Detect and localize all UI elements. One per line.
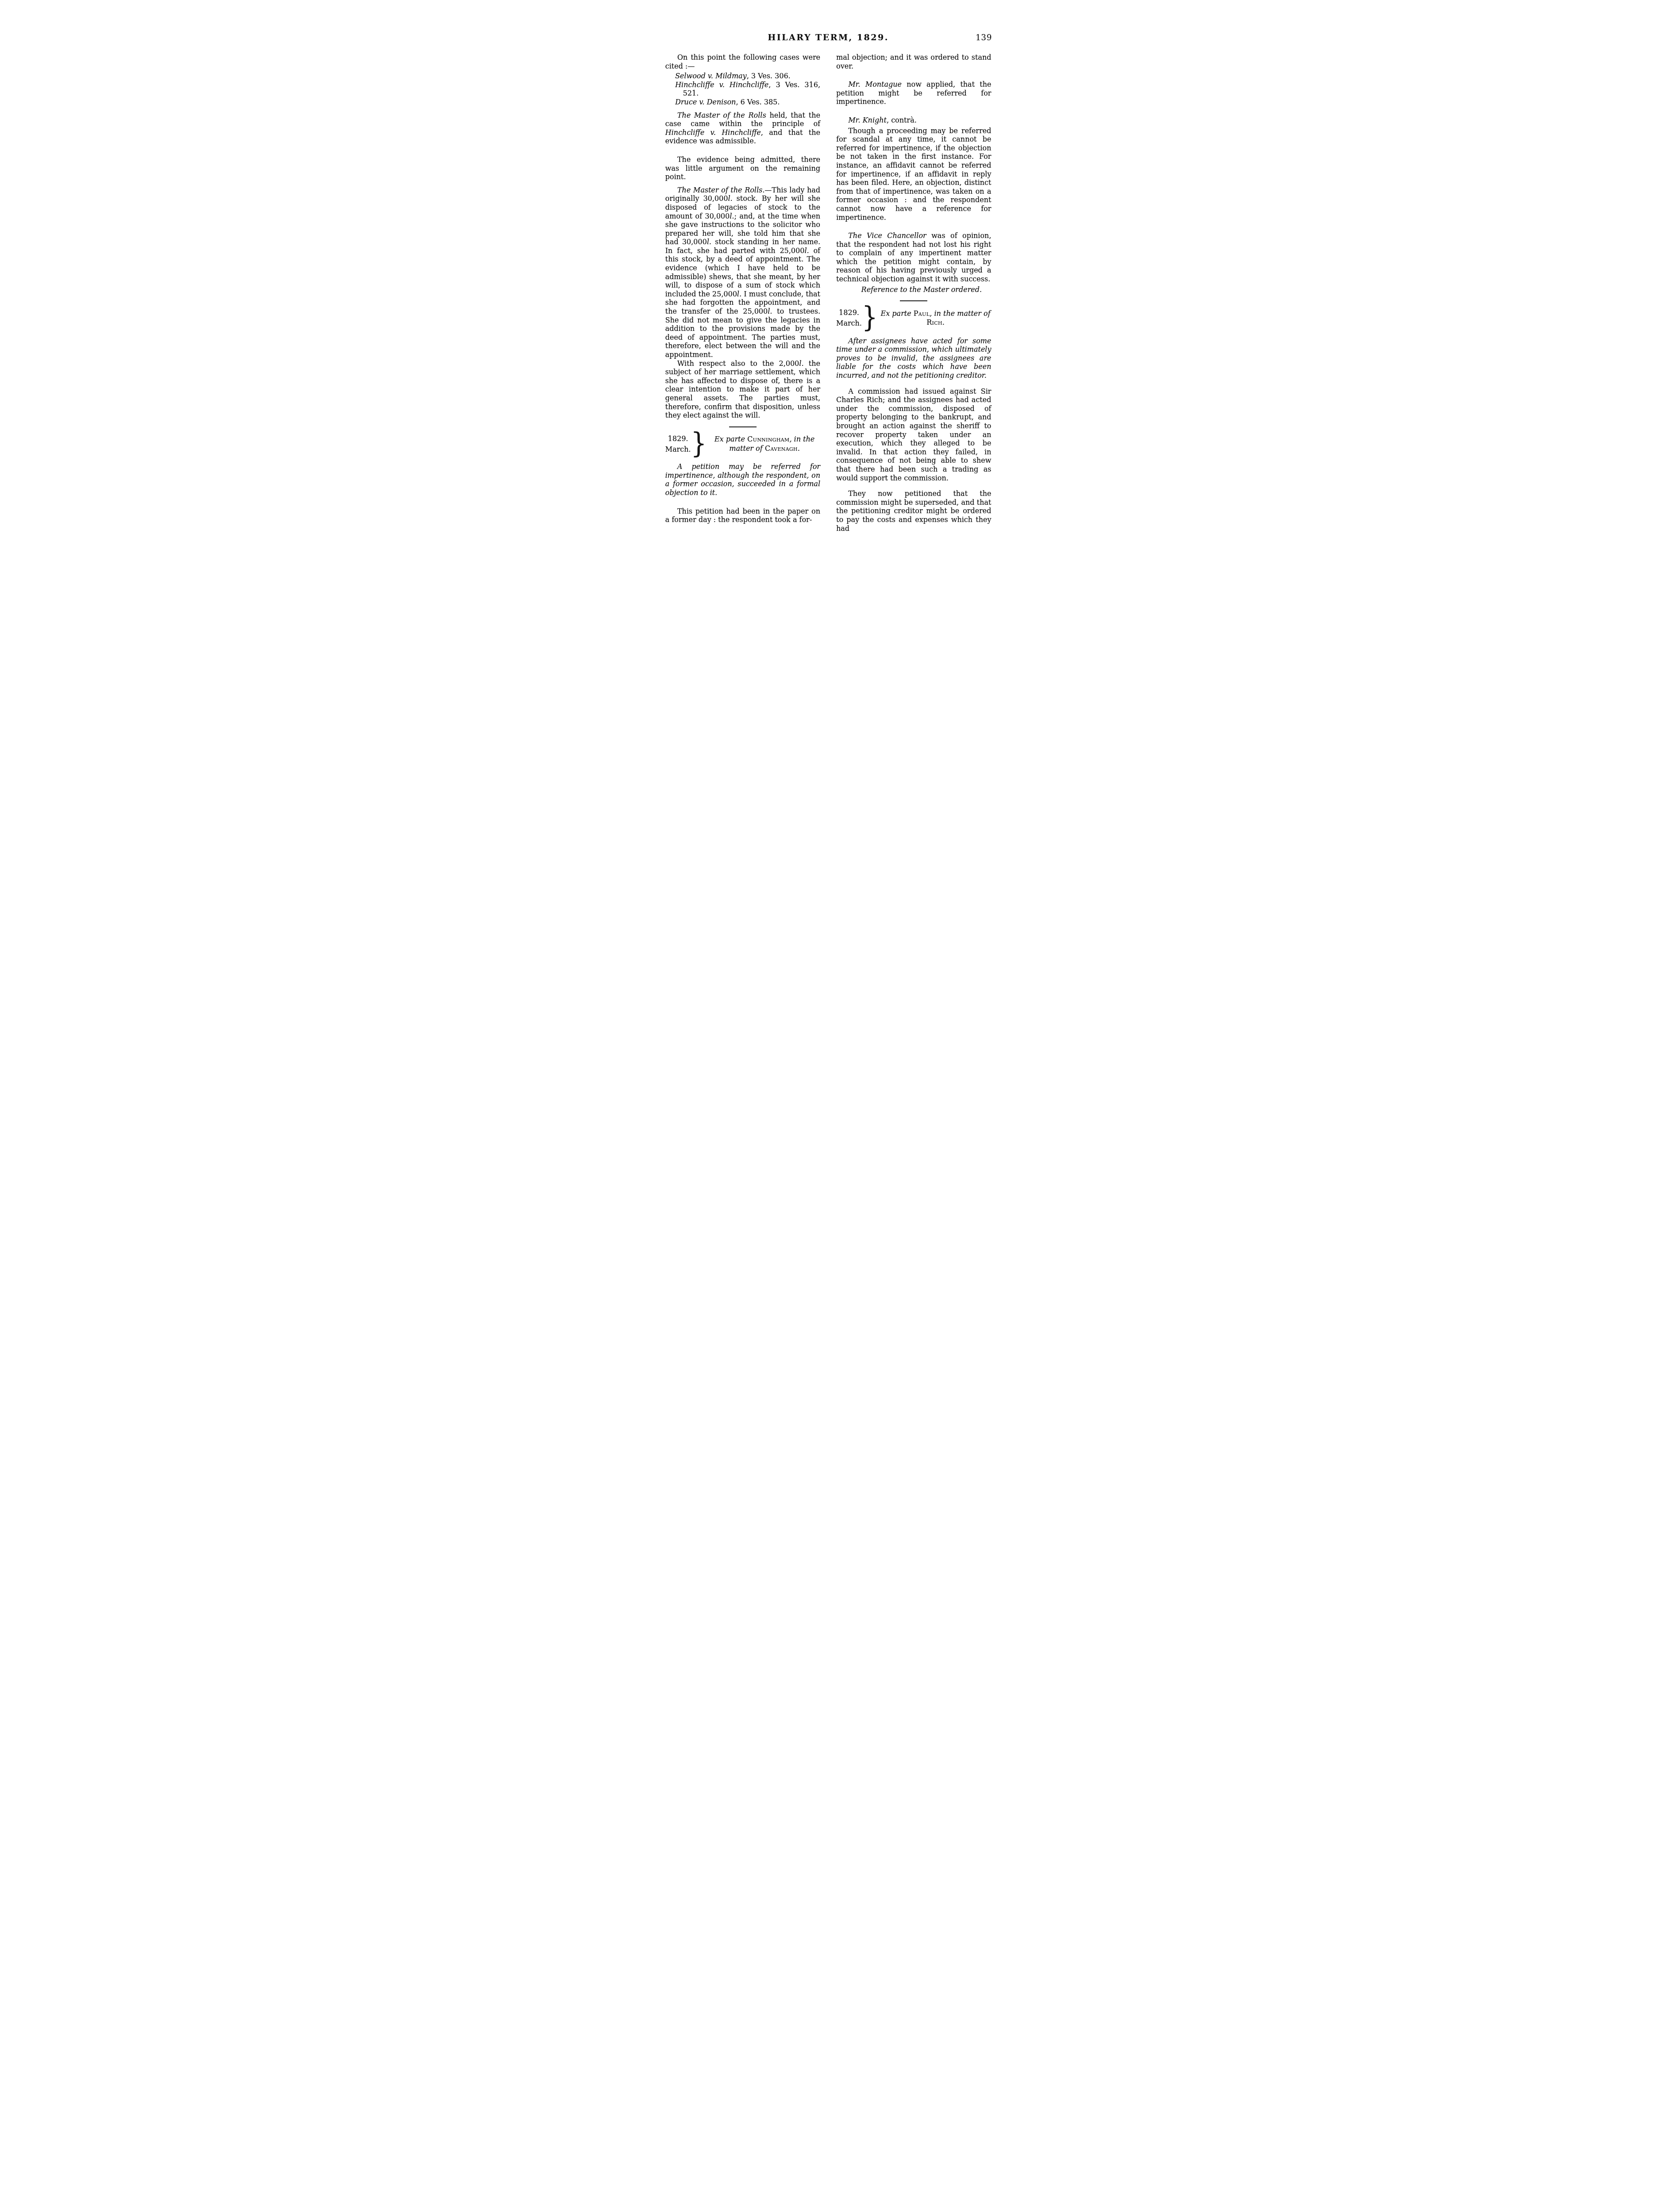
case-year: 1829. <box>665 434 691 444</box>
brace-glyph: } <box>862 306 878 330</box>
pound-abbr: l. <box>768 307 772 315</box>
left-column: On this point the following cases were c… <box>665 53 821 533</box>
speaker-name: The Vice Chancellor <box>848 231 926 240</box>
headnote: A petition may be referred for impertine… <box>665 462 821 497</box>
paragraph-holding: The Master of the Rolls held, that the c… <box>665 111 821 146</box>
paragraph-argument: Though a proceeding may be referred for … <box>836 127 991 222</box>
page-title: HILARY TERM, 1829. <box>665 33 991 42</box>
case-title-text: . <box>798 444 800 453</box>
case-date: 1829. March. <box>836 307 862 329</box>
headnote-text: After assignees have acted for some time… <box>836 337 991 380</box>
paragraph-text: They now petitioned that the commission … <box>836 489 991 532</box>
citation-item: Selwood v. Mildmay, 3 Ves. 306. <box>675 72 820 81</box>
paragraph-continuation: mal objection; and it was ordered to sta… <box>836 53 991 70</box>
paragraph-text: A commission had issued against Sir Char… <box>836 387 991 482</box>
case-name: Hinchcliffe v. Hinchcliffe <box>675 81 768 89</box>
case-title-text: . <box>942 318 945 326</box>
paragraph-text: The evidence being admitted, there was l… <box>665 155 821 181</box>
case-month: March. <box>836 318 862 329</box>
scanned-page: HILARY TERM, 1829. 139 On this point the… <box>628 0 1047 583</box>
party-name: Cunningham <box>747 435 789 443</box>
paragraph-text: This petition had been in the paper on a… <box>665 507 821 524</box>
page-number: 139 <box>976 33 992 42</box>
speaker-name: Mr. Knight <box>848 116 887 124</box>
case-month: March. <box>665 444 691 455</box>
pound-abbr: l. <box>730 212 734 220</box>
pound-abbr: l. <box>799 359 803 368</box>
case-date: 1829. March. <box>665 434 691 455</box>
case-name: Hinchcliffe v. Hinchcliffe <box>665 128 761 137</box>
paragraph-petition-supersede: They now petitioned that the commission … <box>836 489 991 533</box>
headnote: After assignees have acted for some time… <box>836 337 991 380</box>
pound-abbr: l. <box>804 246 809 255</box>
case-heading-cunningham: 1829. March. } Ex parte Cunningham, in t… <box>665 433 821 455</box>
party-name: Cavenagh <box>765 444 798 453</box>
right-column: mal objection; and it was ordered to sta… <box>836 53 991 533</box>
citation-item: Druce v. Denison, 6 Ves. 385. <box>675 98 820 107</box>
text-columns: On this point the following cases were c… <box>665 53 991 533</box>
paragraph-cases-cited: On this point the following cases were c… <box>665 53 821 70</box>
paragraph-vice-chancellor: The Vice Chancellor was of opinion, that… <box>836 231 991 284</box>
section-divider <box>900 300 927 301</box>
case-year: 1829. <box>836 307 862 318</box>
speaker-name: Mr. Montague <box>848 80 902 88</box>
order-line: Reference to the Master ordered. <box>836 285 991 294</box>
case-title-text: Ex parte <box>715 435 747 443</box>
brace-glyph: } <box>691 432 707 457</box>
case-name: Druce v. Denison <box>675 98 736 106</box>
pound-abbr: l. <box>728 194 732 203</box>
paragraph-judgment-settlement: With respect also to the 2,000l. the sub… <box>665 359 821 420</box>
paragraph-judgment: The Master of the Rolls.—This lady had o… <box>665 186 821 359</box>
party-name: Paul <box>914 309 930 318</box>
paragraph-text: With respect also to the 2,000 <box>677 359 799 368</box>
speaker-name: The Master of the Rolls <box>677 186 763 194</box>
case-title-text: Ex parte <box>881 309 914 318</box>
order-text: Reference to the Master ordered. <box>861 285 982 294</box>
case-name: Selwood v. Mildmay <box>675 72 747 80</box>
paragraph-knight: Mr. Knight, contrà. <box>836 116 991 125</box>
section-divider <box>729 426 757 427</box>
pound-abbr: l. <box>707 238 711 246</box>
paragraph-commission-facts: A commission had issued against Sir Char… <box>836 387 991 483</box>
pound-abbr: l. <box>737 290 741 298</box>
paragraph-evidence-admitted: The evidence being admitted, there was l… <box>665 155 821 181</box>
citation-item: Hinchcliffe v. Hinchcliffe, 3 Ves. 316, … <box>675 81 820 98</box>
paragraph-montague: Mr. Montague now applied, that the petit… <box>836 80 991 106</box>
party-name: Rich <box>926 318 942 326</box>
paragraph-text: the subject of her marriage settlement, … <box>665 359 821 420</box>
case-title: Ex parte Paul, in the matter of Rich. <box>880 309 991 328</box>
case-heading-paul: 1829. March. } Ex parte Paul, in the mat… <box>836 307 991 329</box>
speaker-name: The Master of the Rolls <box>677 111 766 119</box>
paragraph-text: mal objection; and it was ordered to sta… <box>836 53 991 70</box>
case-reference: , 3 Ves. 306. <box>747 72 791 80</box>
paragraph-petition-paper: This petition had been in the paper on a… <box>665 507 821 524</box>
case-title-text: , in the matter of <box>930 309 990 318</box>
case-reference: , 6 Ves. 385. <box>736 98 780 106</box>
paragraph-text: , contrà. <box>887 116 917 124</box>
case-title: Ex parte Cunningham, in the matter of Ca… <box>709 435 820 453</box>
paragraph-text: On this point the following cases were c… <box>665 53 821 70</box>
citation-list: Selwood v. Mildmay, 3 Ves. 306. Hinchcli… <box>665 72 821 106</box>
headnote-text: A petition may be referred for impertine… <box>665 462 821 497</box>
running-header: HILARY TERM, 1829. 139 <box>665 33 991 43</box>
paragraph-text: Though a proceeding may be referred for … <box>836 127 991 222</box>
